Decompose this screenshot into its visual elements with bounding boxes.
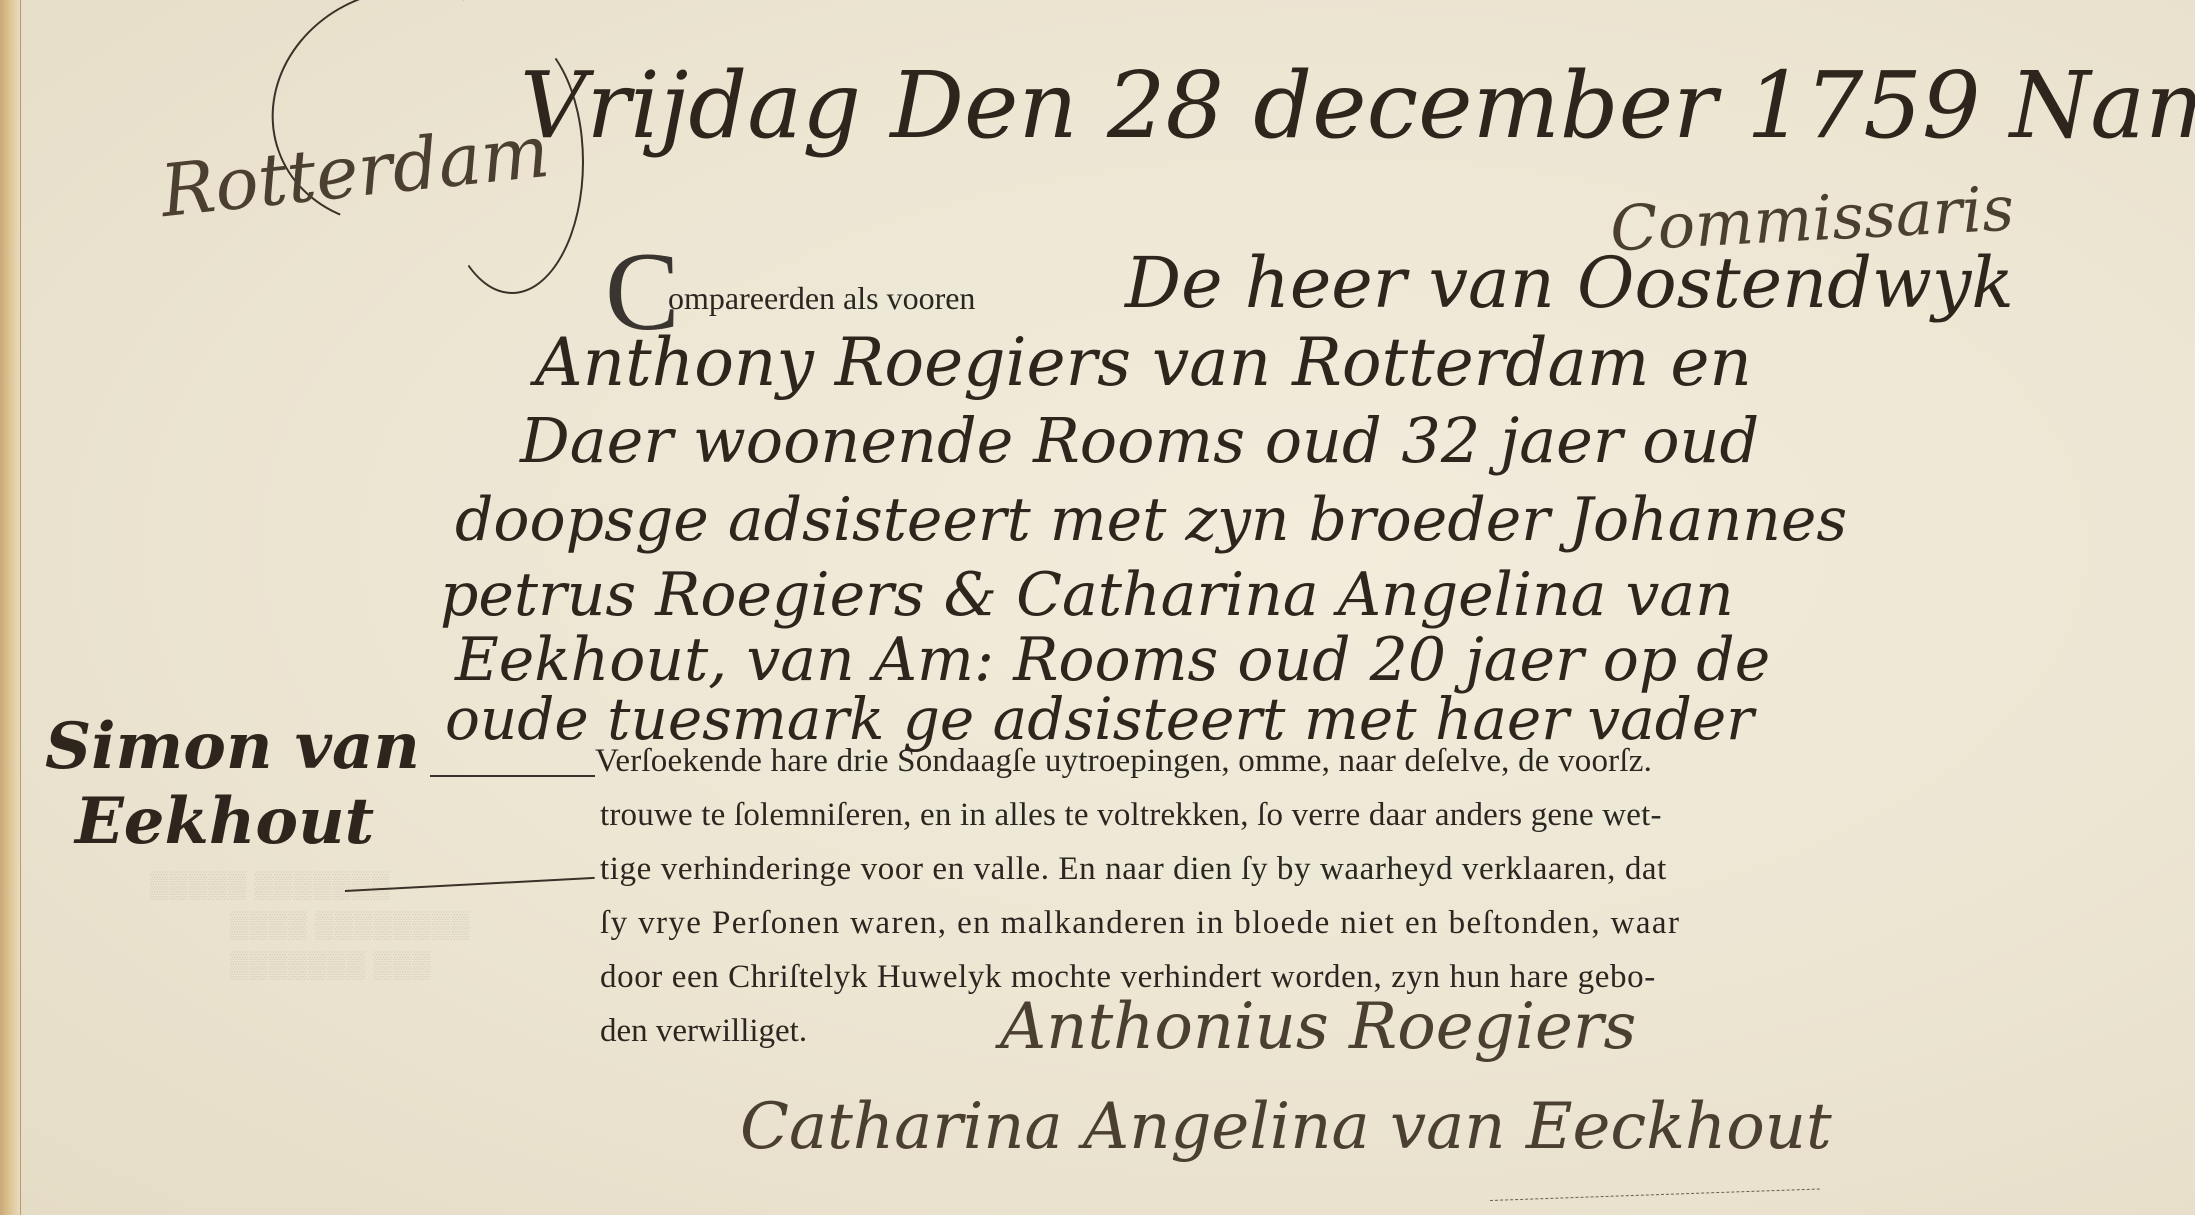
handwritten-line-7: oude tuesmark ge adsisteert met haer vad… [445,690,1754,748]
handwritten-line-1: De heer van Oostendwyk [1125,248,2014,318]
show-through-text: ▒▒▒▒▒ ▒▒▒▒▒▒▒ [150,870,391,900]
margin-note-line-1: Simon van [45,715,420,779]
handwritten-line-5: petrus Roegiers & Catharina Angelina van [440,565,1734,625]
printed-line-6: den verwilliget. [600,1015,807,1048]
handwritten-line-4: doopsge adsisteert met zyn broeder Johan… [455,490,1847,550]
printed-line-1: Verſoekende hare drie Sondaagſe uytroepi… [595,745,1652,778]
printed-intro: ompareerden als vooren [668,282,975,314]
show-through-text: ▒▒▒▒▒▒▒ ▒▒▒ [230,950,432,980]
printed-line-4: ſy vrye Perſonen waren, en malkanderen i… [600,907,1680,940]
show-through-text: ▒▒▒▒ ▒▒▒▒▒▒▒▒ [230,910,471,940]
margin-connector-line [430,775,595,777]
handwritten-line-6: Eekhout, van Am: Rooms oud 20 jaer op de [455,630,1770,690]
book-gutter [0,0,21,1215]
signature-bride: Catharina Angelina van Eeckhout [740,1095,1832,1159]
margin-note-line-2: Eekhout [75,790,374,854]
date-line: Vrijdag Den 28 december 1759 Namiddag [520,60,2195,152]
handwritten-line-2: Anthony Roegiers van Rotterdam en [535,330,1752,396]
printed-line-2: trouwe te ſolemniſeren, en in alles te v… [600,799,1662,832]
signature-groom: Anthonius Roegiers [1000,995,1636,1059]
handwritten-line-3: Daer woonende Rooms oud 32 jaer oud [520,410,1759,472]
register-page: ▒▒▒▒▒ ▒▒▒▒▒▒▒ ▒▒▒▒ ▒▒▒▒▒▒▒▒ ▒▒▒▒▒▒▒ ▒▒▒ … [0,0,2195,1215]
printed-line-3: tige verhinderinge voor en valle. En naa… [600,853,1667,886]
ink-stroke [1490,1188,1820,1201]
